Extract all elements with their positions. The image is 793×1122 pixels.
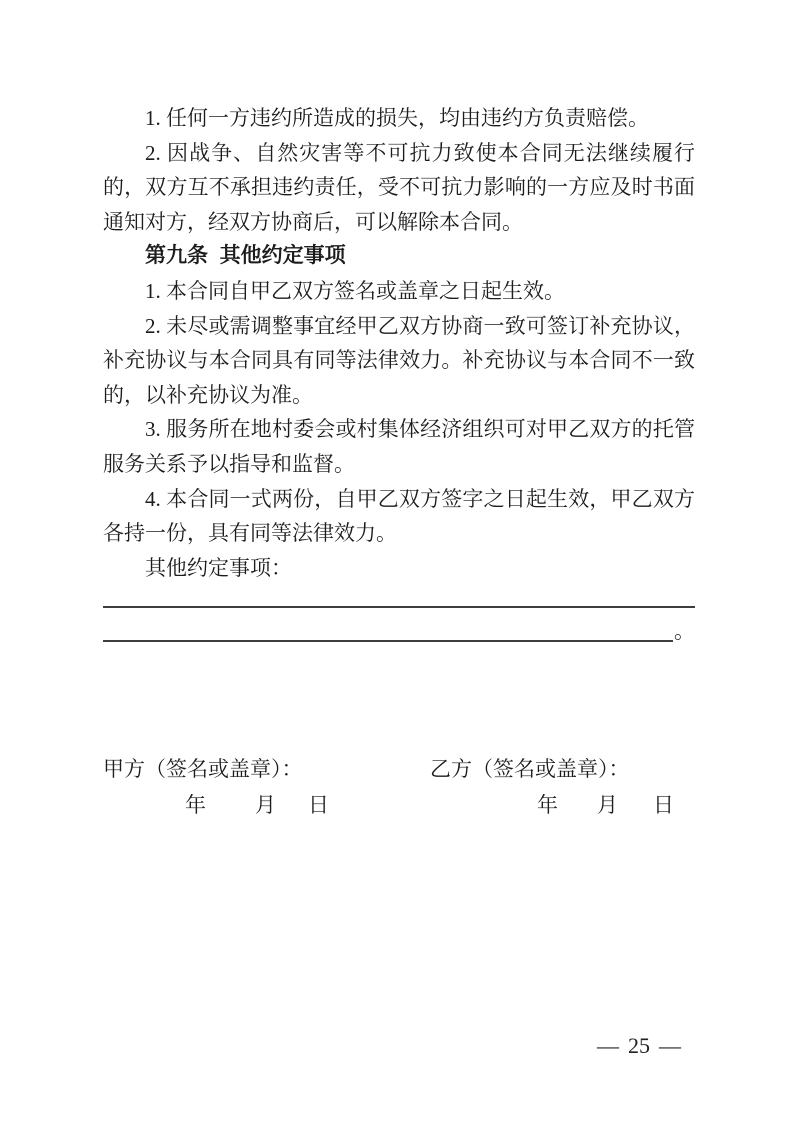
party-b-month-label: 月: [597, 788, 618, 823]
party-b-day-label: 日: [653, 788, 674, 823]
signature-block: 甲方（签名或盖章）： 乙方（签名或盖章）： 年 月 日 年 月 日: [103, 752, 695, 837]
clause-village-committee-supervision: 3. 服务所在地村委会或村集体经济组织可对甲乙双方的托管服务关系予以指导和监督。: [103, 412, 695, 481]
article-9-heading: 第九条 其他约定事项: [103, 239, 695, 274]
party-a-month-label: 月: [255, 788, 276, 823]
fill-in-line-2: 。: [103, 617, 695, 642]
other-agreed-items-label: 其他约定事项：: [103, 551, 695, 586]
page-number: 25: [628, 1034, 650, 1058]
party-a-day-label: 日: [308, 788, 329, 823]
clause-force-majeure: 2. 因战争、自然灾害等不可抗力致使本合同无法继续履行的，双方互不承担违约责任，…: [103, 136, 695, 240]
page-number-footer: — 25 —: [597, 1034, 681, 1058]
contract-body: 1. 任何一方违约所造成的损失，均由违约方负责赔偿。 2. 因战争、自然灾害等不…: [103, 101, 695, 642]
fill-in-line-2-period: 。: [674, 621, 695, 642]
party-a-signature-label: 甲方（签名或盖章）：: [103, 752, 303, 787]
fill-in-line-1: [103, 585, 695, 608]
party-a-year-label: 年: [185, 788, 206, 823]
footer-dash-left: —: [597, 1034, 619, 1058]
party-b-signature-label: 乙方（签名或盖章）：: [430, 752, 630, 787]
footer-dash-right: —: [659, 1034, 681, 1058]
clause-effective-date: 1. 本合同自甲乙双方签名或盖章之日起生效。: [103, 274, 695, 309]
clause-duplicate-copies: 4. 本合同一式两份，自甲乙双方签字之日起生效，甲乙双方各持一份，具有同等法律效…: [103, 482, 695, 551]
clause-supplementary-agreement: 2. 未尽或需调整事宜经甲乙双方协商一致可签订补充协议，补充协议与本合同具有同等…: [103, 309, 695, 413]
contract-page: 1. 任何一方违约所造成的损失，均由违约方负责赔偿。 2. 因战争、自然灾害等不…: [0, 0, 793, 1122]
party-b-year-label: 年: [537, 788, 558, 823]
clause-breach-compensation: 1. 任何一方违约所造成的损失，均由违约方负责赔偿。: [103, 101, 695, 136]
fill-in-line-2-rule: [103, 615, 673, 642]
